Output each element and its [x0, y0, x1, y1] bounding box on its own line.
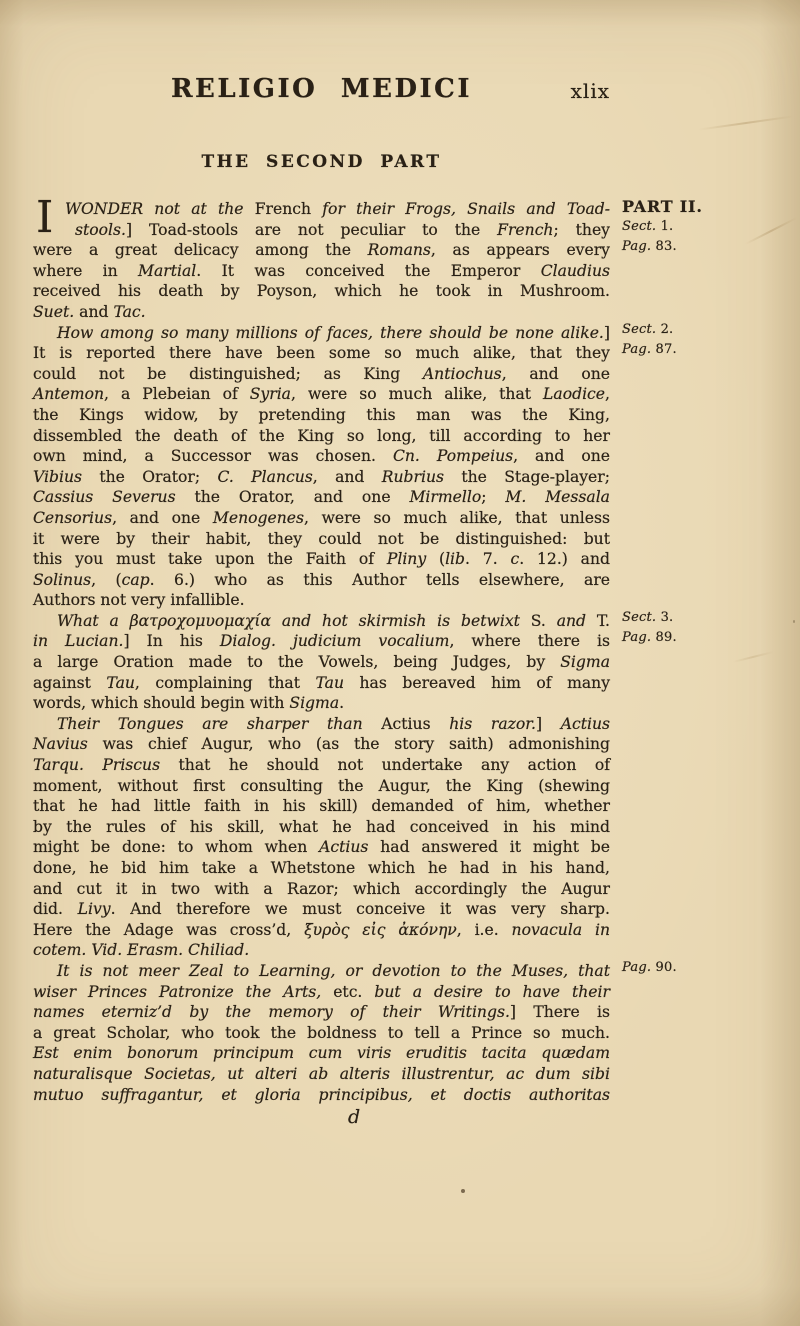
text-line: were a great delicacy among the Romans, …	[33, 240, 610, 261]
text-segment: Sigma	[560, 653, 610, 671]
text-line: done, he bid him take a Whetstone which …	[33, 858, 610, 879]
text-segment: his razor.	[431, 715, 536, 733]
text-segment: (	[426, 550, 445, 568]
margin-note: Sect. 3.	[622, 608, 673, 629]
body-text: IWONDER not at the French for their Frog…	[33, 199, 610, 1105]
text-segment: for their Frogs, Snails and Toad-	[322, 200, 610, 218]
text-segment: this you must take upon the Faith of	[33, 550, 387, 568]
text-line: cotem. Vid. Erasm. Chiliad.	[33, 940, 610, 961]
text-segment: 2.	[656, 322, 673, 337]
text-line: It is not meer Zeal to Learning, or devo…	[33, 961, 610, 982]
text-line: against Tau, complaining that Tau has be…	[33, 673, 610, 694]
text-line: Vibius the Orator; C. Plancus, and Rubri…	[33, 467, 610, 488]
text-segment: Claudius	[541, 262, 610, 280]
text-segment: but a desire to have their	[362, 983, 610, 1001]
text-line: stools.] Toad-stools are not peculiar to…	[33, 220, 610, 241]
text-segment: mutuo suffragantur, et gloria principibu…	[33, 1086, 610, 1104]
text-segment: done, he bid him take a Whetstone which …	[33, 859, 610, 877]
text-segment: Actius	[381, 715, 430, 733]
text-line: a great Scholar, who took the boldness t…	[33, 1023, 610, 1044]
text-segment: , a Plebeian of	[104, 385, 250, 403]
text-segment: cotem. Vid. Erasm. Chiliad.	[33, 941, 249, 959]
text-segment: What a βατροχομυομαχία and hot skirmish …	[57, 612, 531, 630]
paper-crease	[732, 651, 773, 663]
text-segment: could not be distinguished; as King	[33, 365, 423, 383]
text-segment: Pliny	[387, 550, 426, 568]
text-segment: Pag.	[622, 630, 651, 645]
text-segment: Cassius Severus	[33, 488, 176, 506]
text-segment: , and one	[513, 447, 610, 465]
text-segment: Sect.	[622, 219, 656, 234]
text-segment: Actius	[561, 715, 610, 733]
text-segment: T.	[597, 612, 610, 630]
page-header: RELIGIO MEDICI xlix	[33, 74, 610, 104]
section-heading: THE SECOND PART	[33, 152, 610, 172]
text-line: Cassius Severus the Orator, and one Mirm…	[33, 487, 610, 508]
text-line: IWONDER not at the French for their Frog…	[33, 199, 610, 220]
margin-note: Pag. 89.	[622, 628, 677, 649]
text-line: by the rules of his skill, what he had c…	[33, 817, 610, 838]
text-segment: , were so much alike, that unless	[304, 509, 610, 527]
text-segment: , (	[91, 571, 121, 589]
text-segment: and	[74, 303, 113, 321]
text-segment: has bereaved him of many	[344, 674, 610, 692]
text-segment: It is not meer Zeal to Learning, or devo…	[57, 962, 610, 980]
text-segment: lib	[445, 550, 465, 568]
margin-note: Sect. 1.	[622, 217, 673, 238]
text-segment: Pag.	[622, 239, 651, 254]
text-segment: , and one	[112, 509, 213, 527]
text-segment: C. Plancus	[217, 468, 312, 486]
text-segment: own mind, a Successor was chosen.	[33, 447, 393, 465]
text-segment: Tau	[106, 674, 135, 692]
text-segment: might be done: to whom when	[33, 838, 319, 856]
text-segment: did.	[33, 900, 78, 918]
text-line: the Kings widow, by pretending this man …	[33, 405, 610, 426]
text-segment: ] There is	[510, 1003, 610, 1021]
text-segment: it were by their habit, they could not b…	[33, 530, 610, 548]
text-line: Here the Adage was cross’d, ξυρὸς εἰς ἀκ…	[33, 920, 610, 941]
text-line: did. Livy. And therefore we must conceiv…	[33, 899, 610, 920]
text-line: Est enim bonorum principum cum viris eru…	[33, 1043, 610, 1064]
text-segment: etc.	[333, 983, 362, 1001]
text-segment: the Kings widow, by pretending this man …	[33, 406, 610, 424]
text-line: Their Tongues are sharper than Actius hi…	[33, 714, 610, 735]
text-segment: Pag.	[622, 960, 651, 975]
text-segment: PART II.	[622, 197, 703, 216]
text-segment: received his death by Poyson, which he t…	[33, 282, 610, 300]
text-segment: Suet.	[33, 303, 74, 321]
text-segment: Their Tongues are sharper than	[57, 715, 381, 733]
margin-note: Sect. 2.	[622, 320, 673, 341]
text-segment: 87.	[651, 342, 677, 357]
margin-note: PART II.	[622, 197, 703, 218]
text-segment: the Orator;	[82, 468, 217, 486]
signature-mark: d	[348, 1106, 360, 1128]
text-segment: ]	[604, 324, 610, 342]
text-line: dissembled the death of the King so long…	[33, 426, 610, 447]
text-segment: stools.	[75, 221, 126, 239]
text-line: It is reported there have been some so m…	[33, 343, 610, 364]
text-segment: , where there is	[449, 632, 610, 650]
text-segment: Authors not very infallible.	[33, 591, 245, 609]
text-segment: ξυρὸς εἰς ἀκόνην	[304, 921, 457, 939]
text-line: naturalisque Societas, ut alteri ab alte…	[33, 1064, 610, 1085]
text-segment: , were so much alike, that	[291, 385, 543, 403]
text-segment: Menogenes	[213, 509, 304, 527]
text-segment: Sect.	[622, 610, 656, 625]
text-line: received his death by Poyson, which he t…	[33, 281, 610, 302]
text-line: Suet. and Tac.	[33, 302, 610, 323]
text-segment: Sect.	[622, 322, 656, 337]
folio-number: xlix	[571, 79, 610, 103]
text-segment: 89.	[651, 630, 677, 645]
text-segment: the Orator, and one	[176, 488, 410, 506]
text-segment: Antemon	[33, 385, 104, 403]
text-segment: names eterniz’d by the memory of their W…	[33, 1003, 510, 1021]
text-line: where in Martial. It was conceived the E…	[33, 261, 610, 282]
text-segment: Pag.	[622, 342, 651, 357]
text-segment: Laodice	[543, 385, 605, 403]
text-segment: where in	[33, 262, 138, 280]
margin-note: Pag. 83.	[622, 237, 677, 258]
text-segment: novacula in	[512, 921, 610, 939]
text-segment: ; they	[553, 221, 610, 239]
text-segment: French	[497, 221, 553, 239]
text-segment: a large Oration made to the Vowels, bein…	[33, 653, 560, 671]
text-segment: Livy	[78, 900, 111, 918]
text-line: could not be distinguished; as King Anti…	[33, 364, 610, 385]
text-line: Censorius, and one Menogenes, were so mu…	[33, 508, 610, 529]
paper-crease	[745, 217, 798, 245]
text-segment: cap	[122, 571, 150, 589]
text-segment: Tau	[315, 674, 344, 692]
text-segment: Sigma	[289, 694, 339, 712]
text-segment: moment, without first consulting the Aug…	[33, 777, 610, 795]
book-page: RELIGIO MEDICI xlix THE SECOND PART IWON…	[0, 0, 800, 1326]
text-segment: Actius	[319, 838, 368, 856]
text-segment: Censorius	[33, 509, 112, 527]
text-segment: Mirmello	[409, 488, 481, 506]
text-segment: words, which should begin with	[33, 694, 289, 712]
text-segment: , i.e.	[457, 921, 512, 939]
text-segment: . 7.	[465, 550, 510, 568]
paper-crease	[698, 115, 793, 130]
text-segment: S.	[531, 612, 546, 630]
text-segment: that he should not undertake any action …	[160, 756, 610, 774]
text-segment: in Lucian.	[33, 632, 123, 650]
margin-note: Pag. 87.	[622, 340, 677, 361]
text-line: in Lucian.] In his Dialog. judicium voca…	[33, 631, 610, 652]
text-segment: c	[510, 550, 519, 568]
text-line: own mind, a Successor was chosen. Cn. Po…	[33, 446, 610, 467]
text-segment: the Stage-player;	[444, 468, 610, 486]
text-segment: . 12.) and	[519, 550, 610, 568]
text-segment: Est enim bonorum principum cum viris eru…	[33, 1044, 610, 1062]
text-segment: ]	[536, 715, 561, 733]
text-segment: French	[255, 200, 323, 218]
text-line: and cut it in two with a Razor; which ac…	[33, 879, 610, 900]
text-segment: Solinus	[33, 571, 91, 589]
text-segment: How among so many millions of faces, the…	[57, 324, 604, 342]
text-line: that he had little faith in his skill) d…	[33, 796, 610, 817]
text-line: mutuo suffragantur, et gloria principibu…	[33, 1085, 610, 1106]
text-segment: that he had little faith in his skill) d…	[33, 797, 610, 815]
text-line: words, which should begin with Sigma.	[33, 693, 610, 714]
text-line: How among so many millions of faces, the…	[33, 323, 610, 344]
text-segment: Vibius	[33, 468, 82, 486]
text-segment: and	[546, 612, 597, 630]
text-segment: Syria	[250, 385, 291, 403]
paper-speck	[461, 1189, 465, 1193]
text-segment: Antiochus	[423, 365, 502, 383]
text-segment: ] Toad-stools are not peculiar to the	[126, 221, 497, 239]
text-segment: .	[339, 694, 344, 712]
text-segment: Dialog. judicium vocalium	[220, 632, 450, 650]
text-line: this you must take upon the Faith of Pli…	[33, 549, 610, 570]
text-segment: . 6.) who as this Author tells elsewhere…	[150, 571, 610, 589]
text-segment: 1.	[656, 219, 673, 234]
text-segment: 3.	[656, 610, 673, 625]
text-segment: Cn. Pompeius	[393, 447, 513, 465]
margin-note: Pag. 90.	[622, 958, 677, 979]
text-segment: Navius	[33, 735, 88, 753]
text-line: Tarqu. Priscus that he should not undert…	[33, 755, 610, 776]
text-segment: , and	[313, 468, 382, 486]
text-segment: wiser Princes Patronize the Arts,	[33, 983, 333, 1001]
text-line: What a βατροχομυομαχία and hot skirmish …	[33, 611, 610, 632]
text-line: might be done: to whom when Actius had a…	[33, 837, 610, 858]
text-line: Navius was chief Augur, who (as the stor…	[33, 734, 610, 755]
text-segment: Here the Adage was cross’d,	[33, 921, 304, 939]
text-segment: , and one	[502, 365, 610, 383]
text-segment: It is reported there have been some so m…	[33, 344, 610, 362]
text-segment: 83.	[651, 239, 677, 254]
text-segment: . And therefore we must conceive it was …	[111, 900, 610, 918]
text-segment: naturalisque Societas, ut alteri ab alte…	[33, 1065, 610, 1083]
text-segment: dissembled the death of the King so long…	[33, 427, 610, 445]
text-segment: a great Scholar, who took the boldness t…	[33, 1024, 610, 1042]
text-segment: , complaining that	[135, 674, 316, 692]
text-segment: ;	[481, 488, 505, 506]
text-segment: , as appears every	[431, 241, 610, 259]
text-segment: Tarqu. Priscus	[33, 756, 160, 774]
text-segment: 90.	[651, 960, 677, 975]
text-segment: had answered it might be	[368, 838, 610, 856]
text-segment: . It was conceived the Emperor	[196, 262, 540, 280]
text-segment: WONDER not at the	[65, 200, 255, 218]
text-segment: ,	[605, 385, 610, 403]
text-line: Antemon, a Plebeian of Syria, were so mu…	[33, 384, 610, 405]
text-segment: and cut it in two with a Razor; which ac…	[33, 880, 610, 898]
text-line: wiser Princes Patronize the Arts, etc. b…	[33, 982, 610, 1003]
running-title: RELIGIO MEDICI	[171, 74, 472, 104]
text-line: names eterniz’d by the memory of their W…	[33, 1002, 610, 1023]
text-segment: were a great delicacy among the	[33, 241, 368, 259]
text-line: Solinus, (cap. 6.) who as this Author te…	[33, 570, 610, 591]
text-segment: Tac.	[113, 303, 145, 321]
paper-speck	[793, 620, 795, 623]
text-segment: Romans	[368, 241, 431, 259]
text-segment: Martial	[138, 262, 196, 280]
text-segment: was chief Augur, who (as the story saith…	[88, 735, 610, 753]
text-line: moment, without first consulting the Aug…	[33, 776, 610, 797]
text-segment: Rubrius	[382, 468, 444, 486]
text-segment: by the rules of his skill, what he had c…	[33, 818, 610, 836]
text-segment: against	[33, 674, 106, 692]
text-segment: ] In his	[123, 632, 219, 650]
text-line: a large Oration made to the Vowels, bein…	[33, 652, 610, 673]
text-line: Authors not very infallible.	[33, 590, 610, 611]
text-segment: M. Messala	[505, 488, 610, 506]
text-line: it were by their habit, they could not b…	[33, 529, 610, 550]
